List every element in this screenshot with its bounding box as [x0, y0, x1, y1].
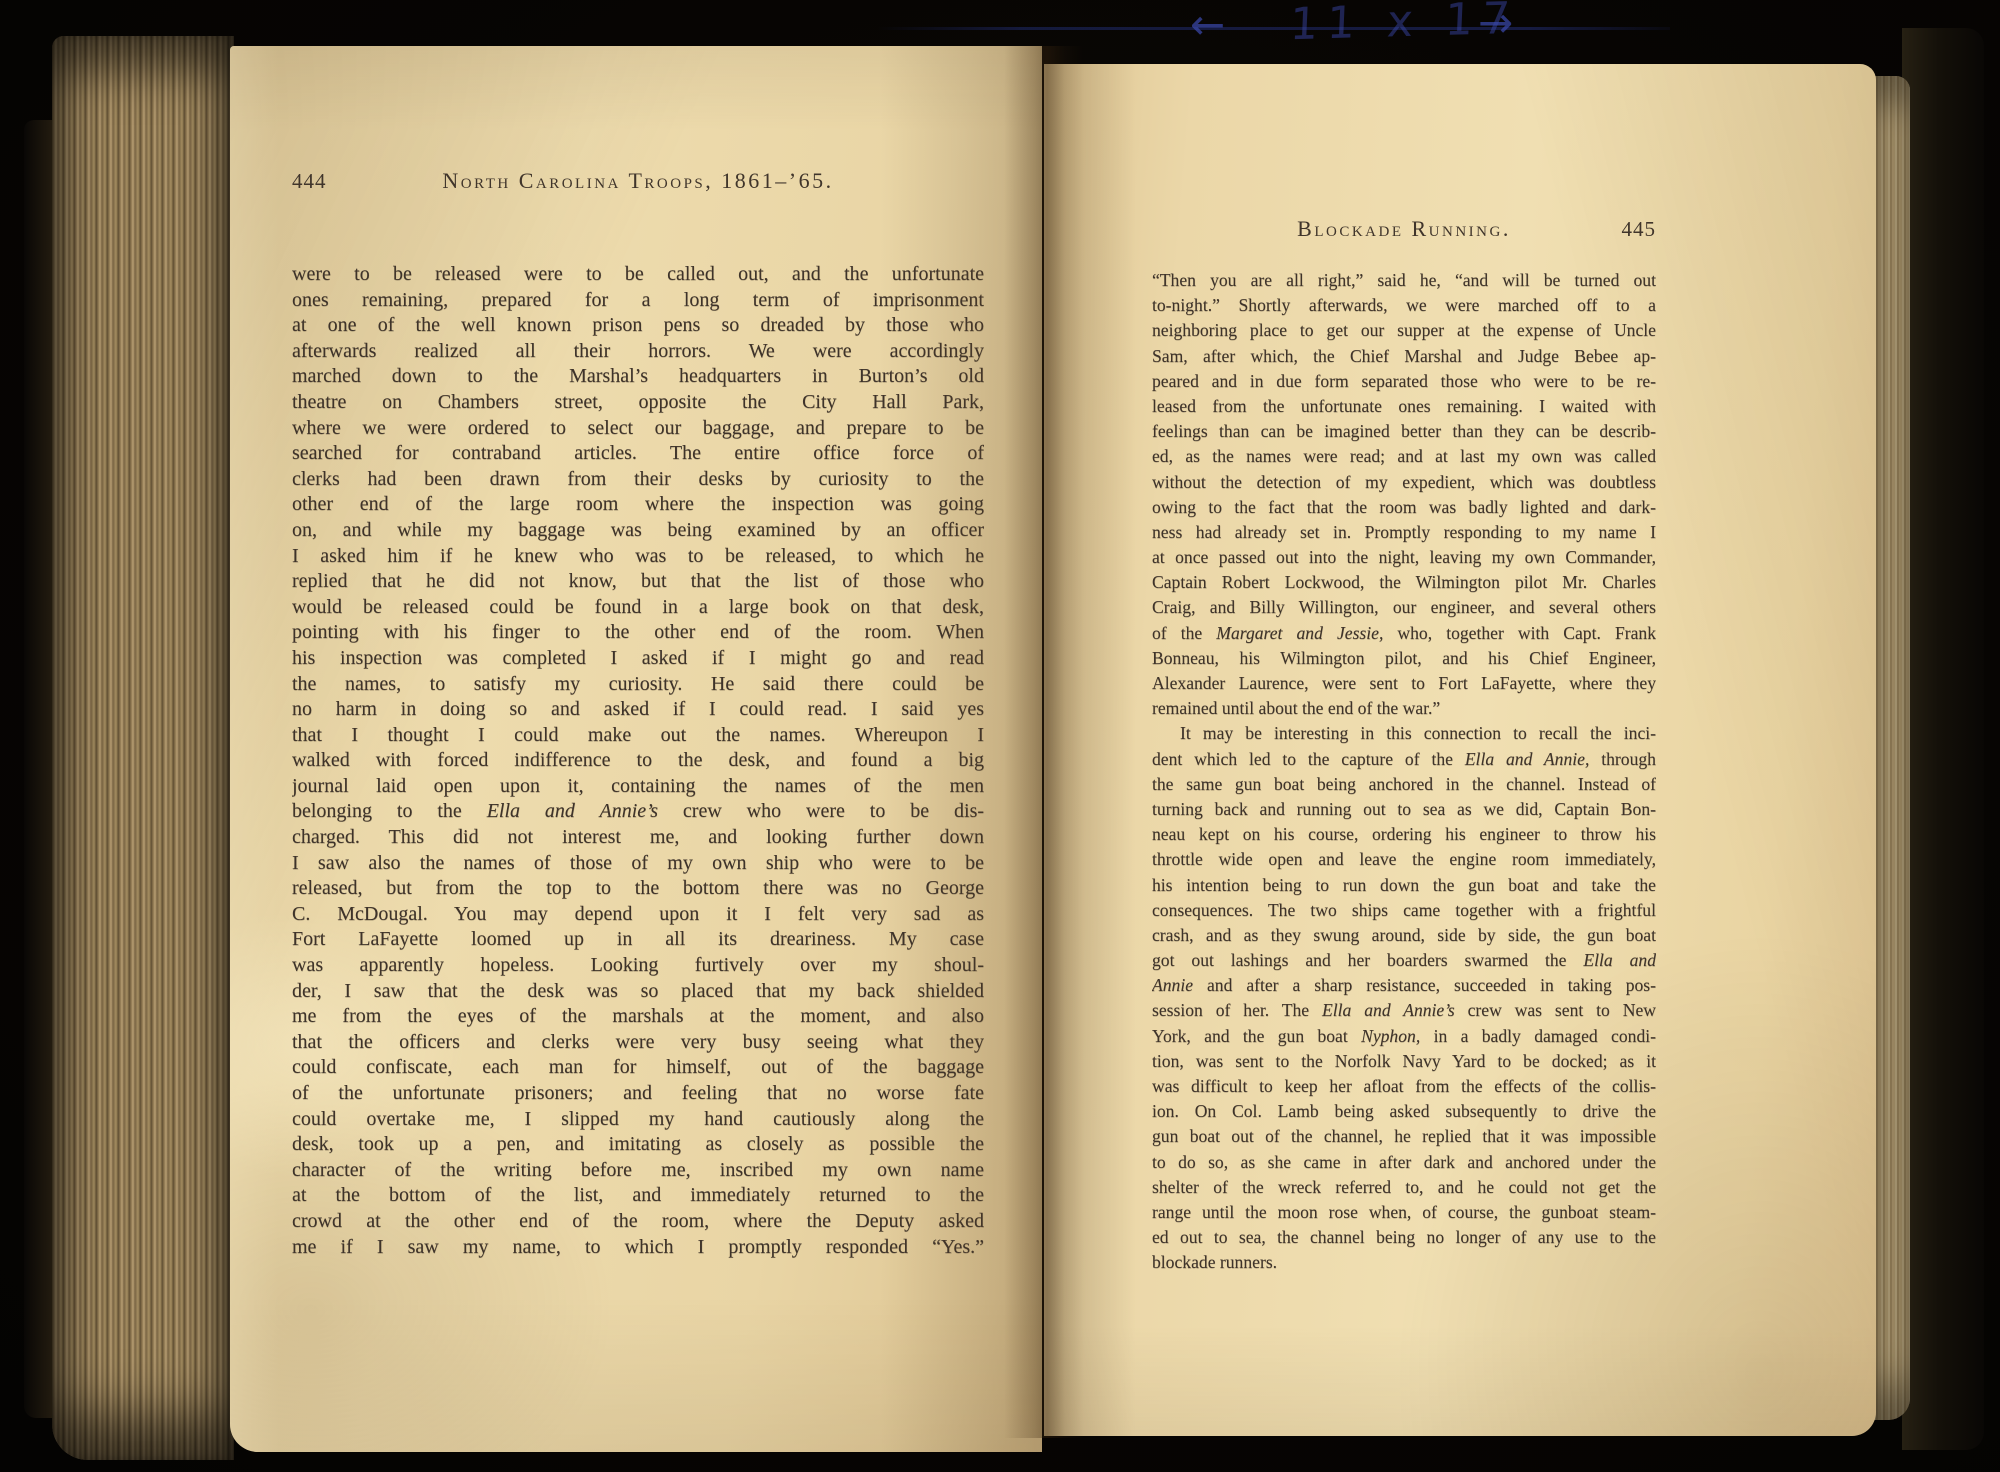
text-line: could overtake me, I slipped my hand cau… [292, 1107, 984, 1133]
text-line: to-night.” Shortly afterwards, we were m… [1152, 293, 1656, 318]
text-line: Alexander Laurence, were sent to Fort La… [1152, 671, 1656, 696]
right-book-cover [1902, 28, 1984, 1450]
arrow-left-icon: ← [1190, 0, 1225, 49]
text-line: neighboring place to get our supper at t… [1152, 318, 1656, 343]
text-line: of the Margaret and Jessie, who, togethe… [1152, 621, 1656, 646]
text-line: ness had already set in. Promptly respon… [1152, 520, 1656, 545]
text-line: without the detection of my expedient, w… [1152, 470, 1656, 495]
text-line: peared and in due form separated those w… [1152, 369, 1656, 394]
text-line: me from the eyes of the marshals at the … [292, 1004, 984, 1030]
text-line: Captain Robert Lockwood, the Wilmington … [1152, 570, 1656, 595]
text-line: gun boat out of the channel, he replied … [1152, 1124, 1656, 1149]
text-line: the same gun boat being anchored in the … [1152, 772, 1656, 797]
text-line: blockade runners. [1152, 1250, 1656, 1275]
blue-ruler-line [878, 27, 1670, 30]
text-line: his intention being to run down the gun … [1152, 873, 1656, 898]
left-page-number: 444 [292, 169, 327, 194]
text-line: theatre on Chambers street, opposite the… [292, 390, 984, 416]
text-line: other end of the large room where the in… [292, 492, 984, 518]
text-line: clerks had been drawn from their desks b… [292, 467, 984, 493]
text-line: the names, to satisfy my curiosity. He s… [292, 672, 984, 698]
right-page-header: Blockade Running. 445 [1152, 216, 1656, 248]
text-line: his inspection was completed I asked if … [292, 646, 984, 672]
text-line: I asked him if he knew who was to be rel… [292, 544, 984, 570]
text-line: replied that he did not know, but that t… [292, 569, 984, 595]
text-line: journal laid open upon it, containing th… [292, 774, 984, 800]
text-line: where we were ordered to select our bagg… [292, 416, 984, 442]
right-page-number: 445 [1622, 217, 1657, 242]
text-line: neau kept on his course, ordering his en… [1152, 822, 1656, 847]
text-line: walked with forced indifference to the d… [292, 748, 984, 774]
text-line: marched down to the Marshal’s headquarte… [292, 364, 984, 390]
text-line: leased from the unfortunate ones remaini… [1152, 394, 1656, 419]
text-line: to do so, as she came in after dark and … [1152, 1150, 1656, 1175]
text-line: It may be interesting in this connection… [1152, 721, 1656, 746]
text-line: would be released could be found in a la… [292, 595, 984, 621]
text-line: owing to the fact that the room was badl… [1152, 495, 1656, 520]
text-line: Fort LaFayette loomed up in all its drea… [292, 927, 984, 953]
text-line: dent which led to the capture of the Ell… [1152, 747, 1656, 772]
text-line: at once passed out into the night, leavi… [1152, 545, 1656, 570]
text-line: ion. On Col. Lamb being asked subsequent… [1152, 1099, 1656, 1124]
left-running-header: North Carolina Troops, 1861–’65. [292, 168, 984, 194]
text-line: York, and the gun boat Nyphon, in a badl… [1152, 1024, 1656, 1049]
text-line: I saw also the names of those of my own … [292, 851, 984, 877]
text-line: range until the moon rose when, of cours… [1152, 1200, 1656, 1225]
left-page: 444 North Carolina Troops, 1861–’65. wer… [230, 46, 1042, 1452]
text-line: Craig, and Billy Willington, our enginee… [1152, 595, 1656, 620]
text-line: ed, as the names were read; and at last … [1152, 444, 1656, 469]
text-line: Annie and after a sharp resistance, succ… [1152, 973, 1656, 998]
text-line: could confiscate, each man for himself, … [292, 1055, 984, 1081]
text-line: were to be released were to be called ou… [292, 262, 984, 288]
text-line: afterwards realized all their horrors. W… [292, 339, 984, 365]
text-line: remained until about the end of the war.… [1152, 696, 1656, 721]
text-line: session of her. The Ella and Annie’s cre… [1152, 998, 1656, 1023]
text-line: tion, was sent to the Norfolk Navy Yard … [1152, 1049, 1656, 1074]
text-line: turning back and running out to sea as w… [1152, 797, 1656, 822]
right-page-edge-stack [1874, 76, 1910, 1420]
right-page: Blockade Running. 445 “Then you are all … [1044, 64, 1876, 1436]
text-line: crash, and as they swung around, side by… [1152, 923, 1656, 948]
text-line: der, I saw that the desk was so placed t… [292, 979, 984, 1005]
text-line: “Then you are all right,” said he, “and … [1152, 268, 1656, 293]
text-line: Bonneau, his Wilmington pilot, and his C… [1152, 646, 1656, 671]
text-line: crowd at the other end of the room, wher… [292, 1209, 984, 1235]
text-line: was apparently hopeless. Looking furtive… [292, 953, 984, 979]
text-line: no harm in doing so and asked if I could… [292, 697, 984, 723]
text-line: ed out to sea, the channel being no long… [1152, 1225, 1656, 1250]
text-line: consequences. The two ships came togethe… [1152, 898, 1656, 923]
text-line: that the officers and clerks were very b… [292, 1030, 984, 1056]
text-line: searched for contraband articles. The en… [292, 441, 984, 467]
photo-background: ← 11 x 17 → 444 North Carolina Troops, 1… [0, 0, 2000, 1472]
text-line: charged. This did not interest me, and l… [292, 825, 984, 851]
text-line: feelings than can be imagined better tha… [1152, 419, 1656, 444]
text-line: C. McDougal. You may depend upon it I fe… [292, 902, 984, 928]
right-running-header: Blockade Running. [1152, 216, 1656, 242]
text-line: pointing with his finger to the other en… [292, 620, 984, 646]
text-line: ones remaining, prepared for a long term… [292, 288, 984, 314]
arrow-right-icon: → [1478, 0, 1513, 47]
text-line: desk, took up a pen, and imitating as cl… [292, 1132, 984, 1158]
text-line: at the bottom of the list, and immediate… [292, 1183, 984, 1209]
text-line: character of the writing before me, insc… [292, 1158, 984, 1184]
text-line: that I thought I could make out the name… [292, 723, 984, 749]
text-line: released, but from the top to the bottom… [292, 876, 984, 902]
left-page-text: were to be released were to be called ou… [292, 262, 984, 1260]
text-line: me if I saw my name, to which I promptly… [292, 1235, 984, 1261]
text-line: Sam, after which, the Chief Marshal and … [1152, 344, 1656, 369]
text-line: belonging to the Ella and Annie’s crew w… [292, 799, 984, 825]
text-line: was difficult to keep her afloat from th… [1152, 1074, 1656, 1099]
right-page-text: “Then you are all right,” said he, “and … [1152, 268, 1656, 1276]
left-page-header: 444 North Carolina Troops, 1861–’65. [292, 168, 984, 200]
left-page-edge-stack [52, 36, 234, 1460]
text-line: of the unfortunate prisoners; and feelin… [292, 1081, 984, 1107]
text-line: on, and while my baggage was being exami… [292, 518, 984, 544]
text-line: at one of the well known prison pens so … [292, 313, 984, 339]
text-line: throttle wide open and leave the engine … [1152, 847, 1656, 872]
text-line: shelter of the wreck referred to, and he… [1152, 1175, 1656, 1200]
text-line: got out lashings and her boarders swarme… [1152, 948, 1656, 973]
